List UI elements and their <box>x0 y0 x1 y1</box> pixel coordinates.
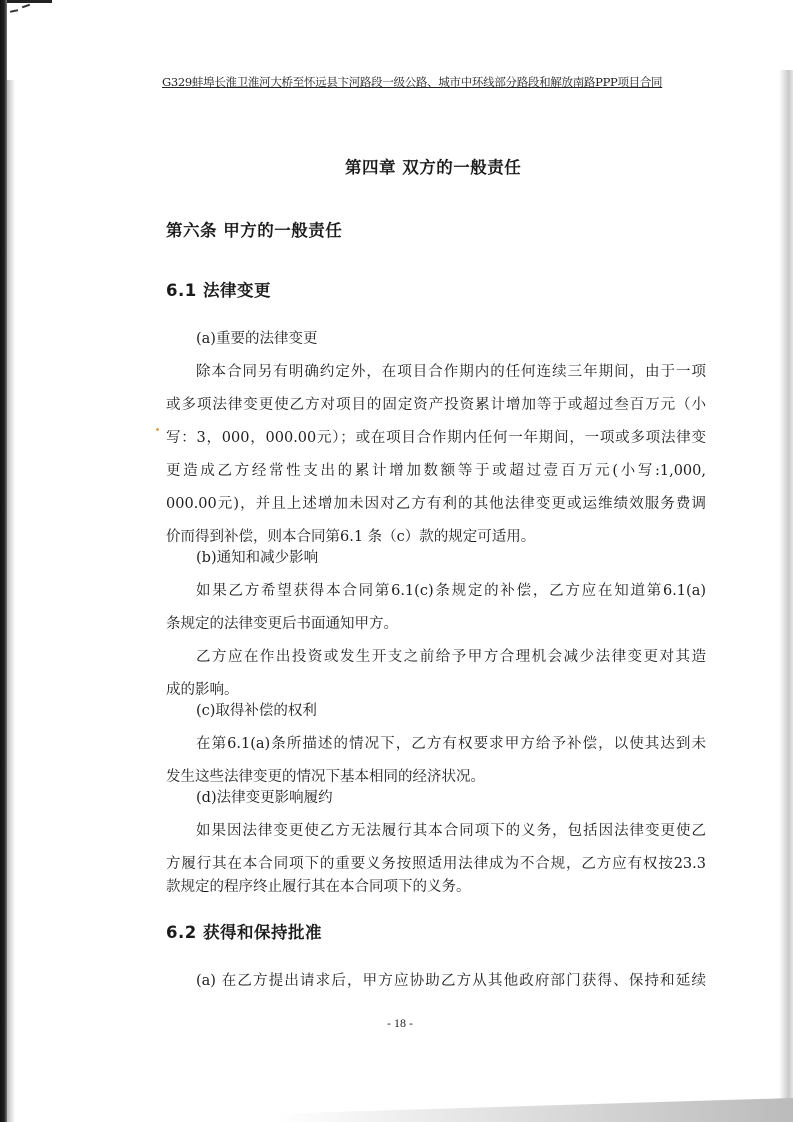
scan-mark <box>22 4 30 9</box>
clause-heading-b: (b)通知和减少影响 <box>196 548 736 568</box>
section-title-6-2: 6.2 获得和保持批准 <box>166 921 322 945</box>
clause-heading-c: (c)取得补偿的权利 <box>196 701 736 721</box>
paragraph-line: 条规定的法律变更后书面通知甲方。 <box>166 614 706 634</box>
scan-top-corner <box>7 0 52 3</box>
paragraph-line: 在第6.1(a)条所描述的情况下，乙方有权要求甲方给予补偿，以使其达到未 <box>196 734 706 754</box>
scan-mark <box>10 9 18 13</box>
paragraph-line: 更造成乙方经常性支出的累计增加数额等于或超过壹百万元(小写:1,000, <box>166 461 706 481</box>
page-number: - 18 - <box>380 1015 420 1031</box>
paragraph-line: 如果因法律变更使乙方无法履行其本合同项下的义务，包括因法律变更使乙 <box>196 821 706 841</box>
paragraph-line: (a) 在乙方提出请求后，甲方应协助乙方从其他政府部门获得、保持和延续 <box>196 971 706 991</box>
paragraph-line: 价而得到补偿，则本合同第6.1 条（c）款的规定可适用。 <box>166 527 706 547</box>
paragraph-line: 除本合同另有明确约定外，在项目合作期内的任何连续三年期间，由于一项 <box>196 362 706 382</box>
scan-bottom-shadow <box>0 1098 793 1122</box>
paragraph-line: 000.00元)，并且上述增加未因对乙方有利的其他法律变更或运维绩效服务费调 <box>166 494 706 514</box>
paragraph-line: 写：3，000，000.00元）；或在项目合作期内任何一年期间，一项或多项法律变 <box>166 428 706 448</box>
paragraph-line: 或多项法律变更使乙方对项目的固定资产投资累计增加等于或超过叁百万元（小 <box>166 395 706 415</box>
scan-left-shadow <box>7 80 15 1122</box>
article-title: 第六条 甲方的一般责任 <box>166 219 342 243</box>
chapter-title: 第四章 双方的一般责任 <box>345 156 521 180</box>
paragraph-line: 款规定的程序终止履行其在本合同项下的义务。 <box>166 877 706 897</box>
clause-heading-d: (d)法律变更影响履约 <box>196 788 736 808</box>
clause-heading-a: (a)重要的法律变更 <box>196 329 736 349</box>
paragraph-line: 乙方应在作出投资或发生开支之前给予甲方合理机会减少法律变更对其造 <box>196 647 706 667</box>
scan-left-edge <box>0 0 7 1122</box>
section-title-6-1: 6.1 法律变更 <box>166 279 271 303</box>
paragraph-line: 发生这些法律变更的情况下基本相同的经济状况。 <box>166 767 706 787</box>
running-header: G329蚌埠长淮卫淮河大桥至怀远县卞河路段一级公路、城市中环线部分路段和解放南路… <box>162 74 667 90</box>
scan-speck <box>156 428 159 431</box>
scan-right-shadow <box>779 70 793 1122</box>
paragraph-line: 方履行其在本合同项下的重要义务按照适用法律成为不合规，乙方应有权按23.3 <box>166 854 706 874</box>
paragraph-line: 成的影响。 <box>166 680 706 700</box>
paragraph-line: 如果乙方希望获得本合同第6.1(c)条规定的补偿，乙方应在知道第6.1(a) <box>196 581 706 601</box>
